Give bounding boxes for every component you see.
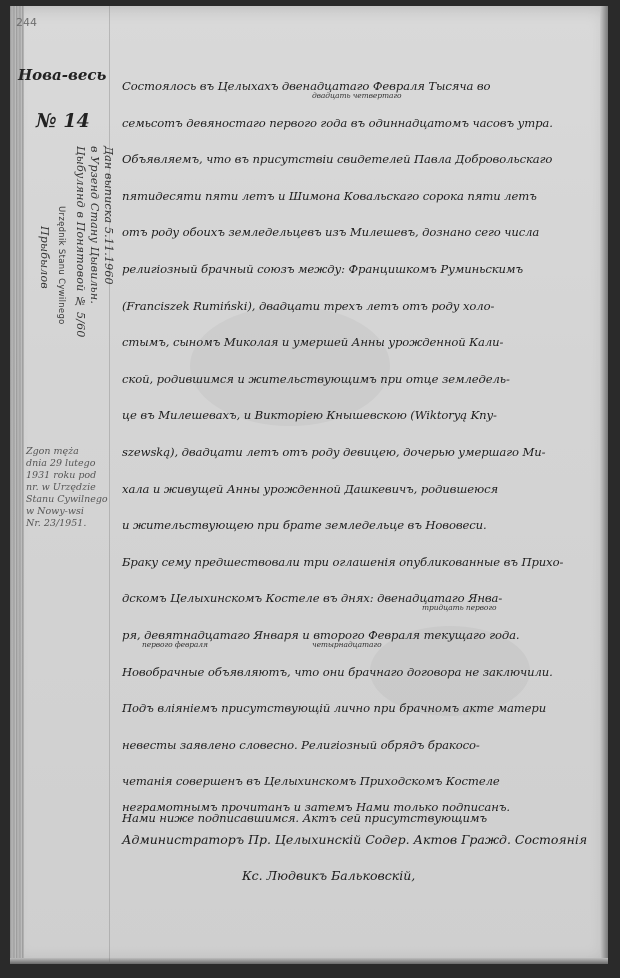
record-line-text: пятидесяти пяти летъ и Шимона Ковальскаг…	[122, 189, 537, 203]
record-line-text: религіозный брачный союзъ между: Франциш…	[122, 262, 523, 276]
priest-signature: Кс. Людвикъ Бальковскій,	[122, 858, 602, 894]
document-page: 244 Нова-весь № 14 Дан выписка 5.11.1960…	[10, 6, 608, 964]
vertical-note-line: Дан выписка 5.11.1960	[102, 146, 115, 285]
record-body: Состоялось въ Целыхахъ двенадцатаго Февр…	[122, 68, 572, 836]
record-line: szewską), двадцати летъ отъ роду девицею…	[122, 434, 572, 471]
record-line: дскомъ Целыхинскомъ Костеле въ днях: две…	[122, 580, 572, 617]
record-line-text: невесты заявлено словесно. Религіозный о…	[122, 738, 480, 752]
record-line-text: Объявляемъ, что въ присутствіи свидетеле…	[122, 152, 552, 166]
record-line-text: четанія совершенъ въ Целыхинскомъ Приход…	[122, 774, 500, 788]
record-line: стымъ, сыномъ Миколая и умершей Анны уро…	[122, 324, 572, 361]
annotation-line: Stanu Cywilnego	[26, 494, 106, 506]
record-line-text: стымъ, сыномъ Миколая и умершей Анны уро…	[122, 335, 503, 349]
record-line: религіозный брачный союзъ между: Франциш…	[122, 251, 572, 288]
record-line-text: неграмотнымъ прочитанъ и затемъ Нами тол…	[122, 800, 510, 814]
record-line: (Franciszek Rumiński), двадцати трехъ ле…	[122, 288, 572, 325]
margin-place-name: Нова-весь	[18, 66, 106, 84]
signature-block: неграмотнымъ прочитанъ и затемъ Нами тол…	[122, 816, 602, 894]
record-line: хала и живущей Анны урожденной Дашкевичъ…	[122, 471, 572, 508]
interlinear-correction: первого февраля	[142, 641, 208, 649]
margin-vertical-note: Дан выписка 5.11.1960 в Урзенд Стану Цыв…	[52, 146, 132, 376]
margin-record-number: № 14	[36, 110, 90, 132]
record-line-text: (Franciszek Rumiński), двадцати трехъ ле…	[122, 299, 494, 313]
annotation-line: dnia 29 lutego	[26, 458, 106, 470]
record-line: отъ роду обоихъ земледельцевъ изъ Милеше…	[122, 214, 572, 251]
vertical-note-line: Цыбулянд в Понятовой № 5/60	[74, 146, 87, 338]
page-number: 244	[16, 16, 37, 29]
record-line: и жительствующею при брате земледельце в…	[122, 507, 572, 544]
record-line-text: Браку сему предшествовали три оглашенія …	[122, 555, 563, 569]
record-line: це въ Милешевахъ, и Викторіею Кнышевскою…	[122, 397, 572, 434]
registrar-stamp: Urzędnik Stanu Cywilnego	[56, 206, 66, 325]
page-stack-edge-left	[10, 6, 24, 964]
annotation-line: nr. w Urzędzie	[26, 482, 106, 494]
record-line-text: це въ Милешевахъ, и Викторіею Кнышевскою…	[122, 408, 497, 422]
margin-death-annotation: Zgon męża dnia 29 lutego 1931 roku pod n…	[26, 446, 106, 530]
record-line-text: ской, родившимся и жительствующимъ при о…	[122, 372, 510, 386]
record-line-text: хала и живущей Анны урожденной Дашкевичъ…	[122, 482, 498, 496]
scan-background: 244 Нова-весь № 14 Дан выписка 5.11.1960…	[0, 0, 620, 978]
record-line: ря, девятнадцатаго Января и второго Февр…	[122, 617, 572, 654]
record-line-text: и жительствующею при брате земледельце в…	[122, 518, 487, 532]
administrator-signature: Администраторъ Пр. Целыхинскій Содер. Ак…	[122, 822, 602, 858]
record-line-text: отъ роду обоихъ земледельцевъ изъ Милеше…	[122, 225, 539, 239]
annotation-line: Nr. 23/1951.	[26, 518, 106, 530]
record-line-text: семьсотъ девяностаго первого года въ оди…	[122, 116, 553, 130]
vertical-note-signature: Прыбылов	[38, 226, 51, 289]
record-line: Новобрачные объявляютъ, что они брачнаго…	[122, 654, 572, 691]
page-edge-bottom	[10, 958, 608, 964]
record-line: Браку сему предшествовали три оглашенія …	[122, 544, 572, 581]
interlinear-correction: четырнадцатаго	[312, 641, 381, 649]
interlinear-correction: двадцать четвертаго	[312, 92, 401, 100]
record-line: Подъ вліяніемъ присутствующій лично при …	[122, 690, 572, 727]
annotation-line: 1931 roku pod	[26, 470, 106, 482]
record-line: пятидесяти пяти летъ и Шимона Ковальскаг…	[122, 178, 572, 215]
record-line: ской, родившимся и жительствующимъ при о…	[122, 361, 572, 398]
vertical-note-line: в Урзенд Стану Цывильн.	[88, 146, 101, 304]
record-line: невесты заявлено словесно. Религіозный о…	[122, 727, 572, 764]
record-line: Состоялось въ Целыхахъ двенадцатаго Февр…	[122, 68, 572, 105]
record-line-text: Новобрачные объявляютъ, что они брачнаго…	[122, 665, 553, 679]
interlinear-correction: тридцать первого	[422, 604, 496, 612]
record-line: Объявляемъ, что въ присутствіи свидетеле…	[122, 141, 572, 178]
record-line: неграмотнымъ прочитанъ и затемъ Нами тол…	[122, 792, 602, 822]
record-line-text: szewską), двадцати летъ отъ роду девицею…	[122, 445, 545, 459]
record-line-text: Состоялось въ Целыхахъ двенадцатаго Февр…	[122, 79, 490, 93]
annotation-line: w Nowy-wsi	[26, 506, 106, 518]
record-line-text: Подъ вліяніемъ присутствующій лично при …	[122, 701, 546, 715]
record-line: семьсотъ девяностаго первого года въ оди…	[122, 105, 572, 142]
annotation-line: Zgon męża	[26, 446, 106, 458]
